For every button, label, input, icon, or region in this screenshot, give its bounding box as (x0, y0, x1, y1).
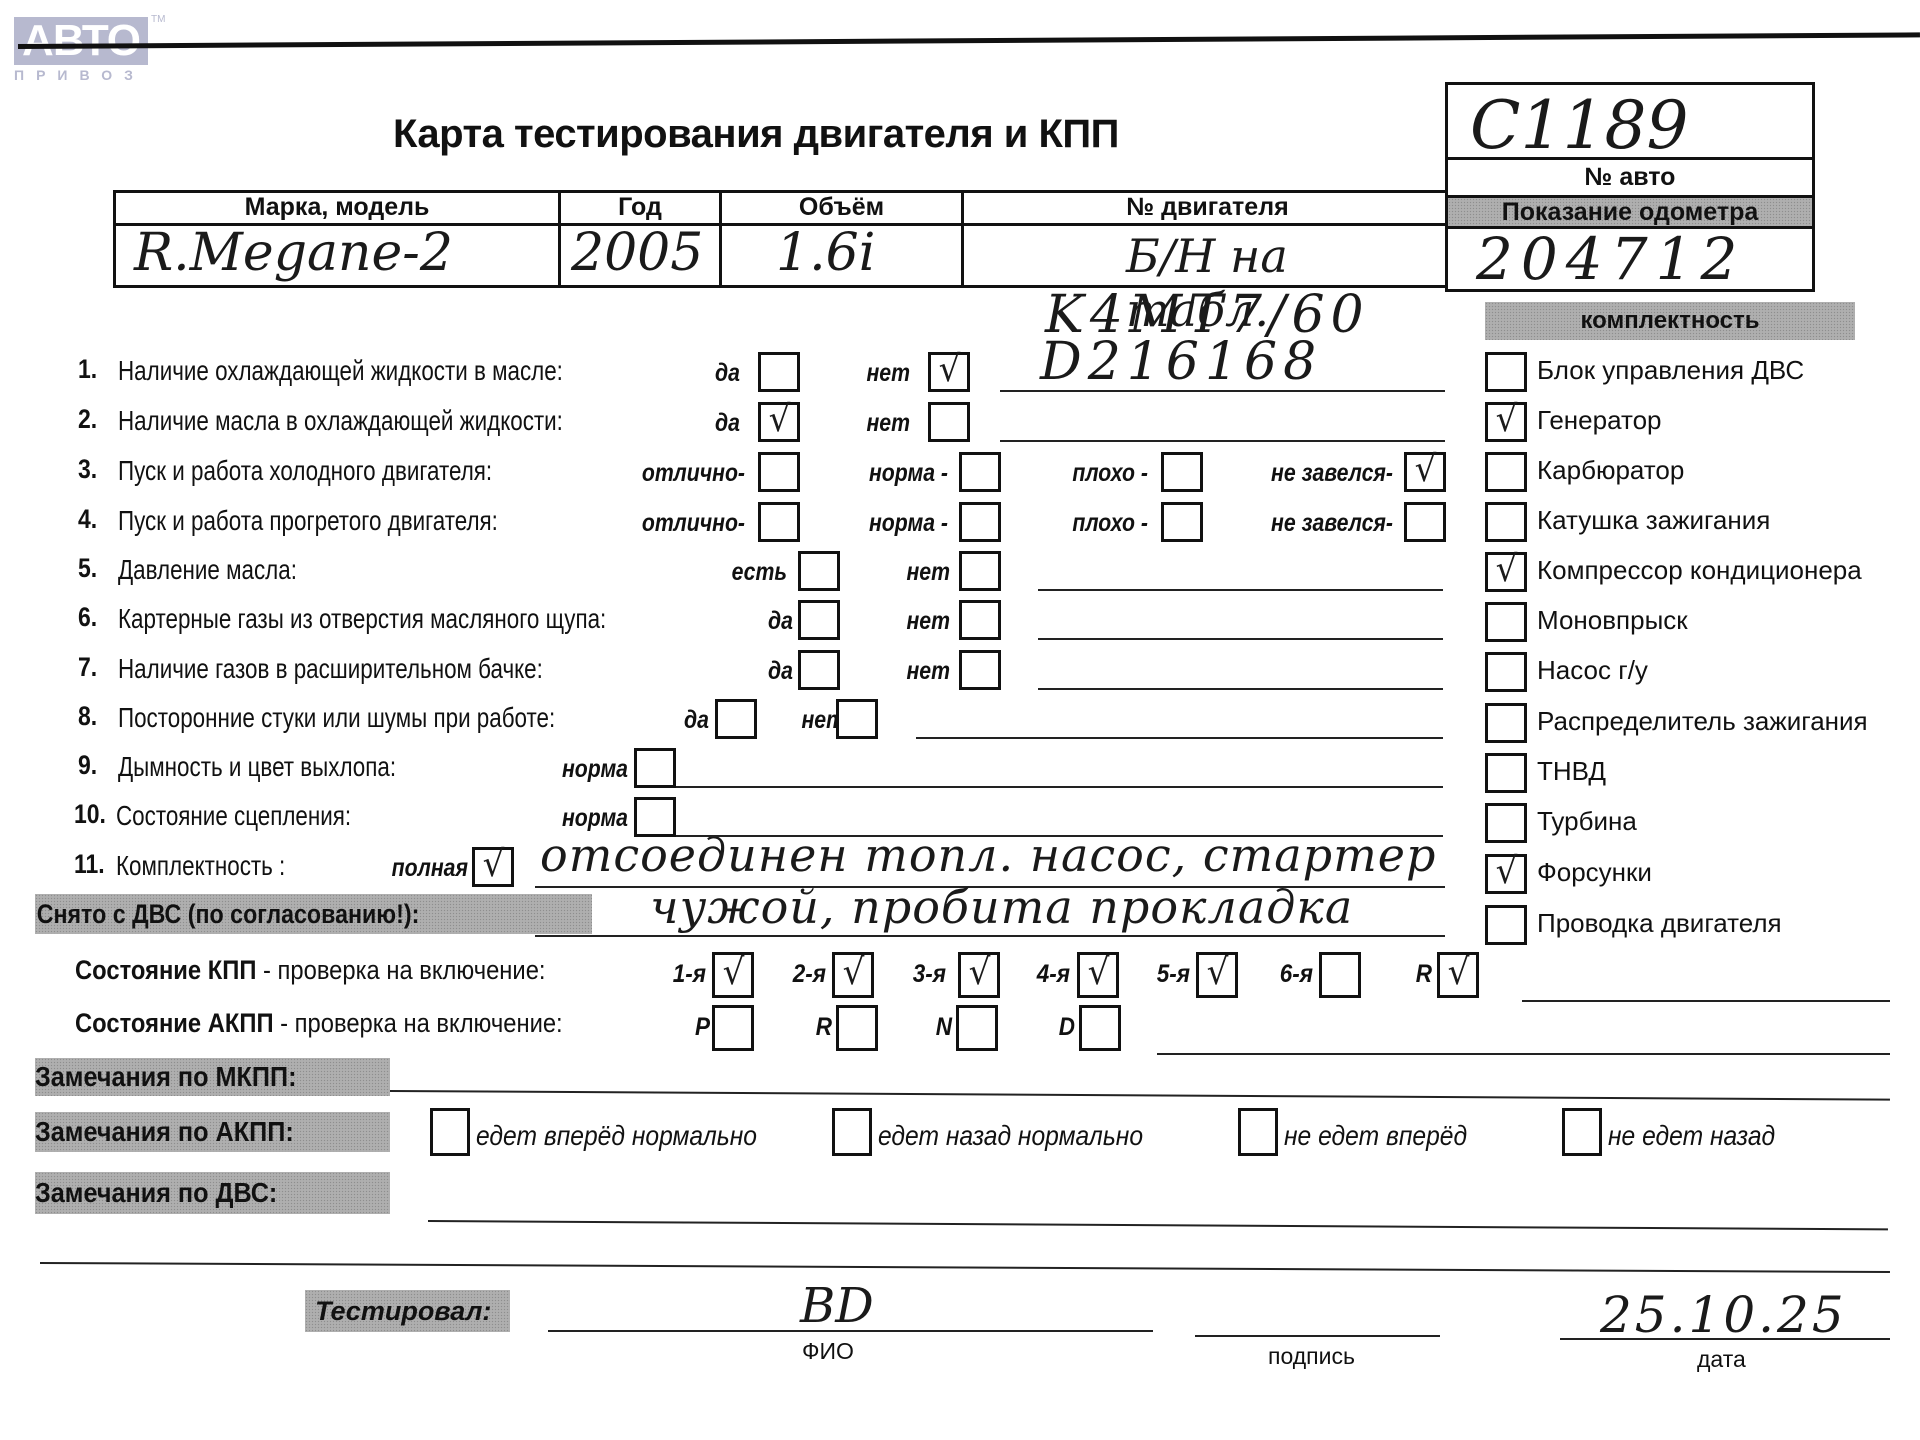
completeness-checkbox-8[interactable] (1485, 703, 1527, 743)
manual-gearbox-label-rest: - проверка на включение: (256, 955, 545, 985)
checklist-number: 6. (78, 602, 97, 633)
option-label: нет (906, 657, 950, 686)
col-header-volume: Объём (722, 193, 961, 222)
manual-gearbox-label: Состояние КПП - проверка на включение: (75, 955, 546, 986)
checklist-number: 3. (78, 454, 97, 485)
checklist-number: 4. (78, 504, 97, 535)
checklist-2-option-2[interactable] (928, 402, 970, 442)
auto-gearbox-gear-label: N (936, 1013, 952, 1042)
checkmark-icon: √ (1447, 955, 1469, 991)
checklist-question: Комплектность : (116, 850, 285, 882)
odometer-value: 204712 (1476, 225, 1745, 293)
manual-gearbox-gear-label: 1-я (673, 960, 706, 989)
checklist-6-option-2[interactable] (959, 600, 1001, 640)
completeness-item-label: Насос г/у (1537, 655, 1648, 686)
checklist-number: 1. (78, 354, 97, 385)
name-value: BD (800, 1278, 874, 1334)
checkmark-icon: √ (482, 847, 504, 883)
remarks-auto-option-3[interactable] (1238, 1108, 1278, 1156)
checklist-1-option-2[interactable]: √ (928, 352, 970, 392)
manual-gearbox-gear-6-я[interactable] (1319, 952, 1361, 998)
remarks-auto-option-label: не едет вперёд (1284, 1120, 1467, 1152)
auto-gearbox-gear-D[interactable] (1079, 1005, 1121, 1051)
completeness-checkbox-5[interactable]: √ (1485, 552, 1527, 592)
option-label: полная (392, 854, 468, 883)
checklist-answer-line[interactable] (1038, 638, 1443, 640)
checklist-question: Дымность и цвет выхлопа: (118, 751, 396, 783)
checklist-8-option-1[interactable] (715, 699, 757, 739)
remarks-manual-bg: Замечания по МКПП: (35, 1058, 390, 1096)
checklist-number: 9. (78, 750, 97, 781)
remarks-manual-label: Замечания по МКПП: (35, 1058, 355, 1096)
checkmark-icon: √ (1206, 955, 1228, 991)
completeness-panel-title: комплектность (1485, 302, 1855, 340)
checklist-3-option-1[interactable] (758, 452, 800, 492)
logo-trademark: TM (151, 14, 165, 25)
checkmark-icon: √ (842, 955, 864, 991)
vehicle-info-table: Марка, модель Год Объём № двигателя R.Me… (113, 190, 1448, 288)
date-value: 25.10.25 (1600, 1286, 1847, 1344)
checkmark-icon: √ (938, 352, 960, 388)
option-label: не завелся- (1271, 509, 1393, 538)
odometer-label: Показание одометра (1448, 198, 1812, 226)
make-model-value: R.Megane-2 (134, 223, 453, 283)
checklist-2-option-1[interactable]: √ (758, 402, 800, 442)
option-label: нет (906, 558, 950, 587)
vehicle-number-box: C1189 № авто Показание одометра 204712 (1445, 82, 1815, 292)
option-label: не завелся- (1271, 459, 1393, 488)
checklist-10-option-1[interactable] (634, 797, 676, 837)
manual-gearbox-gear-1-я[interactable]: √ (712, 952, 754, 998)
auto-gearbox-gear-R[interactable] (836, 1005, 878, 1051)
completeness-item-label: ТНВД (1537, 756, 1606, 787)
completeness-item-label: Катушка зажигания (1537, 505, 1770, 536)
remarks-engine-line-2[interactable] (40, 1262, 1890, 1273)
checklist-question: Картерные газы из отверстия масляного щу… (118, 603, 606, 635)
remarks-auto-option-4[interactable] (1562, 1108, 1602, 1156)
completeness-note-line2: чужой, пробита прокладка (650, 880, 1353, 934)
completeness-checkbox-9[interactable] (1485, 753, 1527, 793)
checklist-question: Посторонние стуки или шумы при работе: (118, 702, 555, 734)
checklist-7-option-1[interactable] (798, 650, 840, 690)
manual-gearbox-gear-label: 6-я (1280, 960, 1313, 989)
checkmark-icon: √ (1087, 955, 1109, 991)
name-caption: ФИО (802, 1338, 854, 1365)
option-label: плохо - (1072, 509, 1148, 538)
checklist-answer-line[interactable] (1000, 390, 1445, 392)
completeness-item-label: Компрессор кондиционера (1537, 555, 1862, 586)
remarks-engine-line[interactable] (428, 1220, 1888, 1230)
manual-gearbox-gear-label: 4-я (1037, 960, 1070, 989)
checklist-3-option-4[interactable]: √ (1404, 452, 1446, 492)
option-label: да (684, 706, 709, 735)
checklist-question: Состояние сцепления: (116, 800, 351, 832)
auto-gearbox-line[interactable] (1157, 1053, 1890, 1055)
removed-label-bg: Снято с ДВС (по согласованию!): (35, 894, 592, 934)
remarks-manual-line[interactable] (390, 1090, 1890, 1101)
manual-gearbox-gear-label: 5-я (1157, 960, 1190, 989)
option-label: да (768, 657, 793, 686)
remarks-engine-bg: Замечания по ДВС: (35, 1172, 390, 1214)
checklist-number: 8. (78, 701, 97, 732)
manual-gearbox-gear-label: 3-я (913, 960, 946, 989)
remarks-auto-option-label: едет назад нормально (878, 1120, 1143, 1152)
checklist-3-option-3[interactable] (1161, 452, 1203, 492)
completeness-checkbox-2[interactable]: √ (1485, 402, 1527, 442)
year-value: 2005 (571, 223, 703, 283)
completeness-item-label: Проводка двигателя (1537, 908, 1782, 939)
checkmark-icon: √ (722, 955, 744, 991)
checklist-5-option-1[interactable] (798, 551, 840, 591)
checklist-number: 2. (78, 404, 97, 435)
checkmark-icon: √ (1495, 552, 1517, 588)
volume-value: 1.6i (776, 223, 875, 283)
checklist-number: 10. (74, 799, 106, 830)
col-header-year: Год (561, 193, 719, 222)
checkmark-icon: √ (1495, 854, 1517, 890)
manual-gearbox-gear-2-я[interactable]: √ (832, 952, 874, 998)
manual-gearbox-gear-label: R (1416, 960, 1432, 989)
checklist-answer-line[interactable] (676, 786, 1443, 788)
completeness-item-label: Моновпрыск (1537, 605, 1688, 636)
completeness-checkbox-3[interactable] (1485, 452, 1527, 492)
manual-gearbox-label-bold: Состояние КПП (75, 955, 256, 985)
remarks-auto-bg: Замечания по АКПП: (35, 1112, 390, 1152)
checklist-8-option-2[interactable] (836, 699, 878, 739)
completeness-item-label: Блок управления ДВС (1537, 355, 1804, 386)
checklist-11-option-1[interactable]: √ (472, 847, 514, 887)
completeness-item-label: Генератор (1537, 405, 1662, 436)
checkmark-icon: √ (968, 955, 990, 991)
completeness-item-label: Форсунки (1537, 857, 1652, 888)
logo: АВТО (14, 17, 148, 65)
divider (1448, 157, 1812, 160)
checklist-question: Пуск и работа холодного двигателя: (118, 455, 492, 487)
checklist-5-option-2[interactable] (959, 551, 1001, 591)
completeness-checkbox-10[interactable] (1485, 803, 1527, 843)
completeness-checkbox-6[interactable] (1485, 602, 1527, 642)
checklist-4-option-2[interactable] (959, 502, 1001, 542)
remarks-auto-option-1[interactable] (430, 1108, 470, 1156)
checklist-number: 7. (78, 652, 97, 683)
checklist-4-option-4[interactable] (1404, 502, 1446, 542)
auto-gearbox-label-rest: - проверка на включение: (274, 1008, 563, 1038)
option-label: отлично- (642, 459, 745, 488)
checklist-answer-line[interactable] (916, 737, 1443, 739)
note-line-2 (535, 935, 1445, 937)
option-label: есть (732, 558, 787, 587)
auto-gearbox-gear-label: D (1059, 1013, 1075, 1042)
checklist-question: Давление масла: (118, 554, 297, 586)
remarks-auto-option-label: не едет назад (1608, 1120, 1775, 1152)
auto-gearbox-label: Состояние АКПП - проверка на включение: (75, 1008, 563, 1039)
completeness-item-label: Карбюратор (1537, 455, 1684, 486)
option-label: да (715, 359, 740, 388)
manual-gearbox-gear-4-я[interactable]: √ (1077, 952, 1119, 998)
checklist-answer-line[interactable] (1038, 589, 1443, 591)
odometer-header: Показание одометра (1448, 195, 1812, 229)
manual-gearbox-gear-3-я[interactable]: √ (958, 952, 1000, 998)
checklist-3-option-2[interactable] (959, 452, 1001, 492)
checklist-7-option-2[interactable] (959, 650, 1001, 690)
checklist-answer-line[interactable] (1038, 688, 1443, 690)
checklist-number: 11. (74, 849, 105, 880)
auto-gearbox-gear-label: R (816, 1013, 832, 1042)
completeness-item-label: Распределитель зажигания (1537, 706, 1868, 737)
completeness-checkbox-4[interactable] (1485, 502, 1527, 542)
completeness-item-label: Турбина (1537, 806, 1637, 837)
option-label: плохо - (1072, 459, 1148, 488)
manual-gearbox-line[interactable] (1522, 1000, 1890, 1002)
col-header-make-model: Марка, модель (116, 193, 558, 222)
remarks-auto-option-2[interactable] (832, 1108, 872, 1156)
tested-label-bg: Тестировал: (305, 1290, 510, 1332)
vehicle-number-label: № авто (1448, 163, 1812, 192)
page-title: Карта тестирования двигателя и КПП (393, 112, 1119, 157)
checklist-question: Наличие охлаждающей жидкости в масле: (118, 355, 563, 387)
checkmark-icon: √ (1414, 452, 1436, 488)
option-label: нет (906, 607, 950, 636)
vehicle-number-value: C1189 (1470, 87, 1688, 164)
remarks-auto-label: Замечания по АКПП: (35, 1112, 355, 1152)
auto-gearbox-gear-label: P (695, 1013, 710, 1042)
checklist-question: Пуск и работа прогретого двигателя: (118, 505, 498, 537)
option-label: да (768, 607, 793, 636)
option-label: да (715, 409, 740, 438)
signature-caption: подпись (1268, 1343, 1355, 1370)
completeness-checkbox-12[interactable] (1485, 905, 1527, 945)
date-caption: дата (1697, 1346, 1746, 1373)
auto-gearbox-label-bold: Состояние АКПП (75, 1008, 274, 1038)
checkmark-icon: √ (1495, 402, 1517, 438)
option-label: нет (866, 359, 910, 388)
completeness-checkbox-11[interactable]: √ (1485, 854, 1527, 894)
checklist-answer-line[interactable] (676, 835, 1443, 837)
completeness-checkbox-7[interactable] (1485, 652, 1527, 692)
manual-gearbox-gear-5-я[interactable]: √ (1196, 952, 1238, 998)
checklist-question: Наличие масла в охлаждающей жидкости: (118, 405, 563, 437)
option-label: норма (562, 755, 628, 784)
checklist-answer-line[interactable] (1000, 440, 1445, 442)
manual-gearbox-gear-R[interactable]: √ (1437, 952, 1479, 998)
manual-gearbox-gear-label: 2-я (793, 960, 826, 989)
checklist-4-option-3[interactable] (1161, 502, 1203, 542)
checklist-number: 5. (78, 553, 97, 584)
top-rule (18, 32, 1920, 49)
checkmark-icon: √ (768, 402, 790, 438)
signature-line[interactable] (1195, 1335, 1440, 1337)
option-label: норма - (869, 509, 948, 538)
option-label: норма (562, 804, 628, 833)
completeness-checkbox-1[interactable] (1485, 352, 1527, 392)
option-label: норма - (869, 459, 948, 488)
option-label: нет (866, 409, 910, 438)
engine-code-line2: D216168 (1040, 332, 1322, 392)
remarks-auto-option-label: едет вперёд нормально (476, 1120, 757, 1152)
auto-gearbox-gear-N[interactable] (956, 1005, 998, 1051)
checklist-1-option-1[interactable] (758, 352, 800, 392)
checklist-9-option-1[interactable] (634, 748, 676, 788)
auto-gearbox-gear-P[interactable] (712, 1005, 754, 1051)
checklist-4-option-1[interactable] (758, 502, 800, 542)
col-header-engine-number: № двигателя (964, 193, 1451, 222)
logo-subtitle: ПРИВОЗ (14, 67, 145, 83)
completeness-panel-header: комплектность (1485, 302, 1855, 340)
tested-label: Тестировал: (305, 1290, 510, 1332)
checklist-6-option-1[interactable] (798, 600, 840, 640)
remarks-engine-label: Замечания по ДВС: (35, 1172, 355, 1214)
option-label: отлично- (642, 509, 745, 538)
removed-label: Снято с ДВС (по согласованию!): (35, 894, 514, 934)
checklist-question: Наличие газов в расширительном бачке: (118, 653, 543, 685)
